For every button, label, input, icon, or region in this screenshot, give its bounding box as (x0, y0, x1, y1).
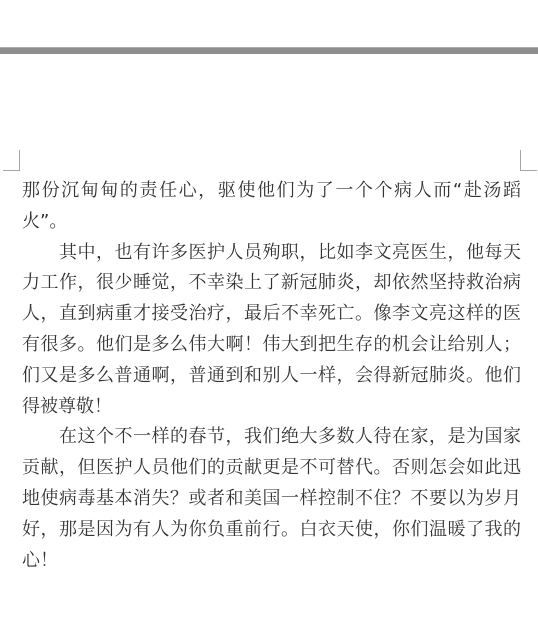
text-boundary-crop-mark-top-left-horizontal (3, 170, 20, 171)
document-canvas: { "app": { "view": "print-layout-page", … (0, 0, 538, 634)
previous-page-bottom (0, 0, 538, 47)
text-line[interactable]: 火”。 (22, 207, 521, 238)
document-text-area[interactable]: 那份沉甸甸的责任心，驱使他们为了一个个病人而“赴汤蹈 火”。 其中，也有许多医护… (22, 176, 521, 576)
text-boundary-crop-mark-top-right-vertical (520, 150, 521, 171)
text-boundary-crop-mark-top-left-vertical (19, 150, 20, 171)
text-line[interactable]: 心！ (22, 546, 521, 577)
text-line[interactable]: 好，那是因为有人为你负重前行。白衣天使，你们温暖了我的 (22, 515, 521, 546)
text-line[interactable]: 贡献，但医护人员他们的贡献更是不可替代。否则怎会如此迅速 (22, 453, 521, 484)
page-break-separator[interactable] (0, 47, 538, 54)
text-line[interactable]: 们又是多么普通啊，普通到和别人一样，会得新冠肺炎。他们值 (22, 361, 521, 392)
text-line[interactable]: 地使病毒基本消失？或者和美国一样控制不住？不要以为岁月安 (22, 484, 521, 515)
text-line[interactable]: 其中，也有许多医护人员殉职，比如李文亮医生，他每天努 (22, 238, 521, 269)
text-line[interactable]: 力工作，很少睡觉，不幸染上了新冠肺炎，却依然坚持救治病 (22, 268, 521, 299)
text-line[interactable]: 得被尊敬！ (22, 392, 521, 423)
text-line[interactable]: 在这个不一样的春节，我们绝大多数人待在家，是为国家做 (22, 422, 521, 453)
text-line[interactable]: 人，直到病重才接受治疗，最后不幸死亡。像李文亮这样的医生 (22, 299, 521, 330)
text-line[interactable]: 有很多。他们是多么伟大啊！伟大到把生存的机会让给别人；他 (22, 330, 521, 361)
text-boundary-crop-mark-top-right-horizontal (520, 170, 537, 171)
text-line[interactable]: 那份沉甸甸的责任心，驱使他们为了一个个病人而“赴汤蹈 (22, 176, 521, 207)
